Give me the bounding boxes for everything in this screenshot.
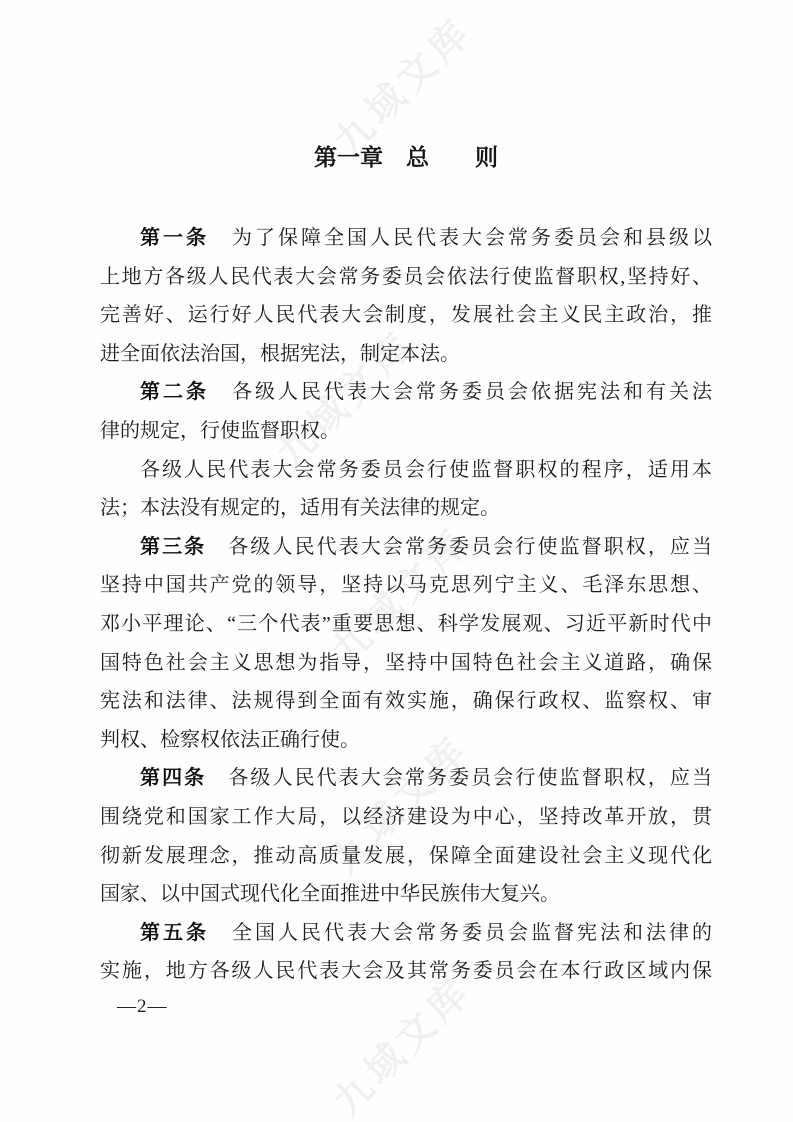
line-text: 为了保障全国人民代表大会常务委员会和县级以 [209,227,712,249]
line-text: 国特色社会主义思想为指导，坚持中国特色社会主义道路，确保 [100,652,712,674]
text-line: 进全面依法治国，根据宪法，制定本法。 [100,335,712,374]
line-text: 进全面依法治国，根据宪法，制定本法。 [100,343,460,365]
text-line: 法；本法没有规定的，适用有关法律的规定。 [100,489,712,528]
line-text: 各级人民代表大会常务委员会行使监督职权，应当 [206,767,712,789]
line-text: 上地方各级人民代表大会常务委员会依法行使监督职权,坚持好、 [100,266,712,288]
text-line: 邓小平理论、“三个代表”重要思想、科学发展观、习近平新时代中 [100,605,712,644]
line-text: 各级人民代表大会常务委员会行使监督职权的程序，适用本 [140,459,712,481]
text-line: 完善好、运行好人民代表大会制度，发展社会主义民主政治，推 [100,296,712,335]
line-text: 宪法和法律、法规得到全面有效实施，确保行政权、监察权、审 [100,690,712,712]
line-text: 坚持中国共产党的领导，坚持以马克思列宁主义、毛泽东思想、 [100,574,712,596]
line-text: 法；本法没有规定的，适用有关法律的规定。 [100,497,500,519]
line-text: 判权、检察权依法正确行使。 [100,729,360,751]
text-line: 律的规定，行使监督职权。 [100,412,712,451]
line-text: 全国人民代表大会常务委员会监督宪法和法律的 [209,922,712,944]
article-line: 第五条 全国人民代表大会常务委员会监督宪法和法律的 [100,914,712,953]
chapter-heading: 第一章 总 则 [100,141,712,173]
text-line: 坚持中国共产党的领导，坚持以马克思列宁主义、毛泽东思想、 [100,566,712,605]
line-text: 国家、以中国式现代化全面推进中华民族伟大复兴。 [100,883,560,905]
line-text: 彻新发展理念，推动高质量发展，保障全面建设社会主义现代化 [100,845,712,867]
text-line: 判权、检察权依法正确行使。 [100,721,712,760]
text-line: 实施，地方各级人民代表大会及其常务委员会在本行政区域内保 [100,952,712,991]
article-number: 第一条 [140,227,209,249]
text-line: 彻新发展理念，推动高质量发展，保障全面建设社会主义现代化 [100,837,712,876]
line-text: 实施，地方各级人民代表大会及其常务委员会在本行政区域内保 [100,960,712,982]
article-number: 第五条 [140,922,209,944]
line-text: 律的规定，行使监督职权。 [100,420,340,442]
article-line: 第三条 各级人民代表大会常务委员会行使监督职权，应当 [100,528,712,567]
article-number: 第四条 [140,767,206,789]
line-text: 围绕党和国家工作大局，以经济建设为中心，坚持改革开放，贯 [100,806,712,828]
line-text: 邓小平理论、“三个代表”重要思想、科学发展观、习近平新时代中 [100,613,712,635]
article-line: 第一条 为了保障全国人民代表大会常务委员会和县级以 [100,219,712,258]
text-line: 围绕党和国家工作大局，以经济建设为中心，坚持改革开放，贯 [100,798,712,837]
text-line: 上地方各级人民代表大会常务委员会依法行使监督职权,坚持好、 [100,258,712,297]
page-number: —2— [117,996,168,1018]
text-line: 国特色社会主义思想为指导，坚持中国特色社会主义道路，确保 [100,644,712,683]
text-line: 各级人民代表大会常务委员会行使监督职权的程序，适用本 [100,451,712,490]
document-page: 九域文库 九域文库 九域文库 九域文库 九域文库 第一章 总 则 第一条 为了保… [0,0,793,1122]
article-line: 第二条 各级人民代表大会常务委员会依据宪法和有关法 [100,373,712,412]
text-line: 宪法和法律、法规得到全面有效实施，确保行政权、监察权、审 [100,682,712,721]
line-text: 各级人民代表大会常务委员会依据宪法和有关法 [209,381,712,403]
line-text: 完善好、运行好人民代表大会制度，发展社会主义民主政治，推 [100,304,712,326]
document-body: 第一条 为了保障全国人民代表大会常务委员会和县级以上地方各级人民代表大会常务委员… [100,219,712,991]
text-line: 国家、以中国式现代化全面推进中华民族伟大复兴。 [100,875,712,914]
article-line: 第四条 各级人民代表大会常务委员会行使监督职权，应当 [100,759,712,798]
article-number: 第二条 [140,381,209,403]
article-number: 第三条 [140,536,206,558]
line-text: 各级人民代表大会常务委员会行使监督职权，应当 [206,536,712,558]
